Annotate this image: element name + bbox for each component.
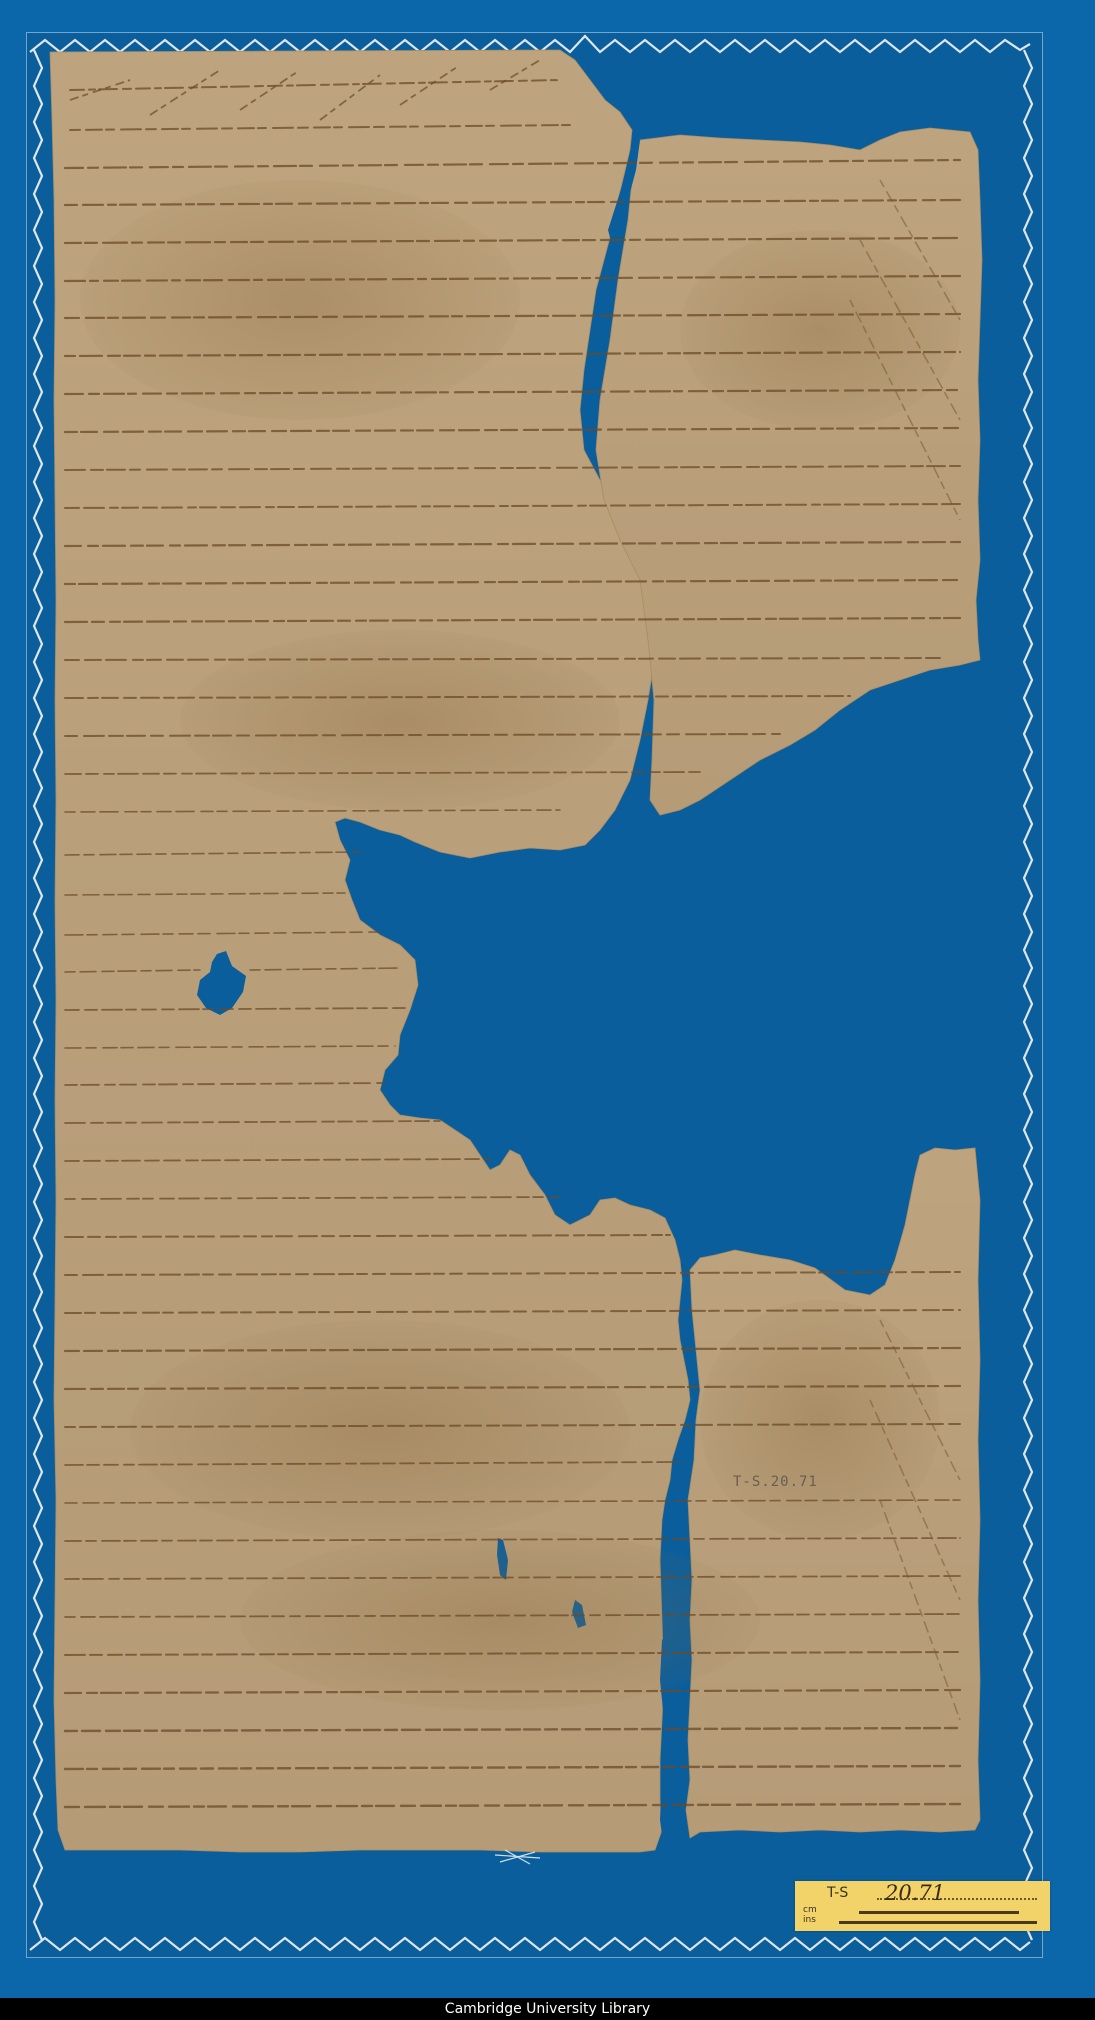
shelfmark-label: T-S 20.71 cm ins [795, 1881, 1050, 1931]
thread-tuft [495, 1850, 540, 1864]
shelfmark-prefix: T-S [827, 1885, 848, 1901]
footer-credit: Cambridge University Library [0, 1998, 1095, 2020]
fragment-upper-right-piece [596, 128, 982, 815]
manuscript-fragment [0, 0, 1095, 1998]
shelfmark-number: 20.71 [885, 1881, 945, 1905]
scale-cm-label: cm [803, 1906, 817, 1915]
pencil-shelfmark-annotation: T-S.20.71 [733, 1474, 818, 1490]
stitching-top [30, 36, 1030, 52]
scale-bar-ins [839, 1921, 1037, 1924]
stitching-left [34, 50, 42, 1940]
image-viewer-stage: T-S.20.71 T-S 20.71 cm ins [0, 0, 1095, 1998]
scale-ins-label: ins [803, 1916, 816, 1925]
stitching-right [1024, 50, 1032, 1940]
scale-bar-cm [859, 1911, 1019, 1914]
stitching-bottom [30, 1938, 1030, 1950]
